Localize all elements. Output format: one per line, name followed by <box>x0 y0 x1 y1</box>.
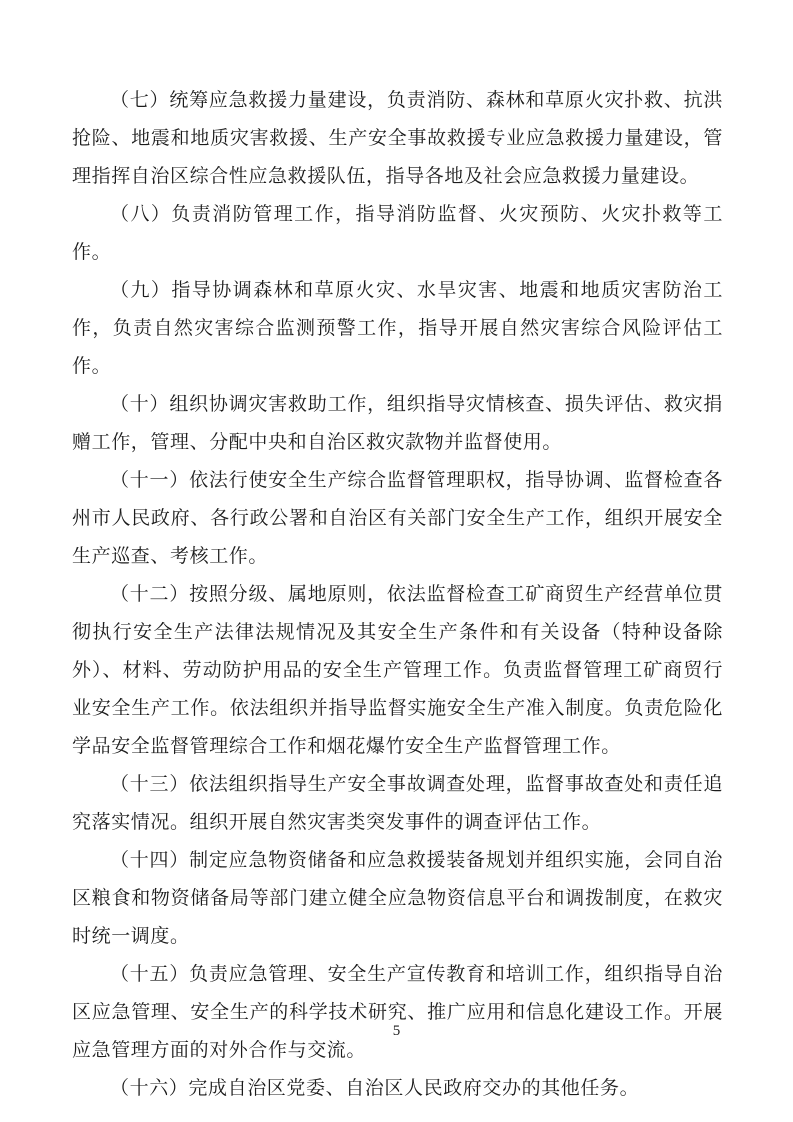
document-body: （七）统筹应急救援力量建设，负责消防、森林和草原火灾扑救、抗洪抢险、地震和地质灾… <box>72 82 723 1108</box>
paragraph-item-10: （十）组织协调灾害救助工作，组织指导灾情核查、损失评估、救灾捐赠工作，管理、分配… <box>72 386 723 462</box>
paragraph-item-8: （八）负责消防管理工作，指导消防监督、火灾预防、火灾扑救等工作。 <box>72 196 723 272</box>
paragraph-item-16: （十六）完成自治区党委、自治区人民政府交办的其他任务。 <box>72 1070 723 1108</box>
document-page: （七）统筹应急救援力量建设，负责消防、森林和草原火灾扑救、抗洪抢险、地震和地质灾… <box>0 0 793 1122</box>
paragraph-item-14: （十四）制定应急物资储备和应急救援装备规划并组织实施，会同自治区粮食和物资储备局… <box>72 842 723 956</box>
page-number: 5 <box>393 1023 401 1039</box>
paragraph-item-11: （十一）依法行使安全生产综合监督管理职权，指导协调、监督检查各州市人民政府、各行… <box>72 462 723 576</box>
paragraph-item-13: （十三）依法组织指导生产安全事故调查处理，监督事故查处和责任追究落实情况。组织开… <box>72 766 723 842</box>
paragraph-item-7: （七）统筹应急救援力量建设，负责消防、森林和草原火灾扑救、抗洪抢险、地震和地质灾… <box>72 82 723 196</box>
paragraph-item-9: （九）指导协调森林和草原火灾、水旱灾害、地震和地质灾害防治工作，负责自然灾害综合… <box>72 272 723 386</box>
paragraph-item-12: （十二）按照分级、属地原则，依法监督检查工矿商贸生产经营单位贯彻执行安全生产法律… <box>72 576 723 766</box>
paragraph-item-15: （十五）负责应急管理、安全生产宣传教育和培训工作，组织指导自治区应急管理、安全生… <box>72 956 723 1070</box>
page-footer: 5 <box>0 1022 793 1040</box>
